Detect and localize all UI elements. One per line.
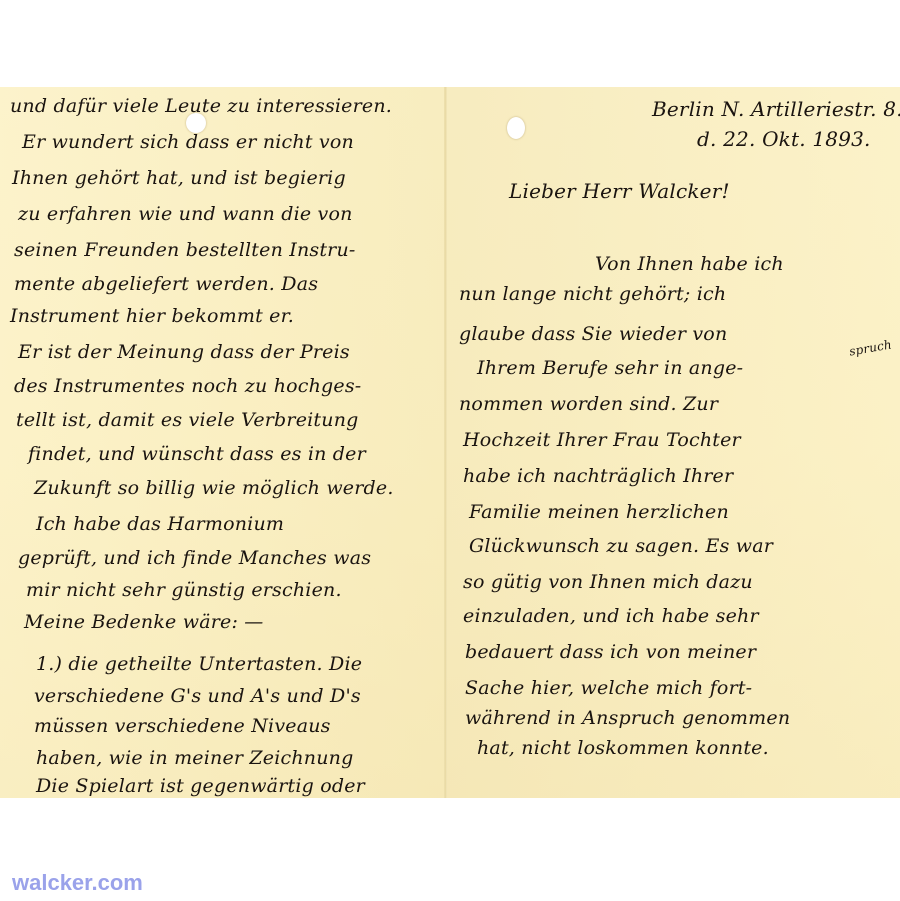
- punch-hole: [507, 117, 525, 139]
- letter-date: d. 22. Okt. 1893.: [697, 127, 871, 151]
- punch-hole: [186, 113, 206, 133]
- letter-line: Er wundert sich dass er nicht von: [22, 131, 354, 153]
- letter-line: verschiedene G's und A's und D's: [34, 685, 361, 707]
- letter-line: zu erfahren wie und wann die von: [18, 203, 353, 225]
- watermark-walcker: walcker.com: [12, 870, 143, 896]
- letter-line: Familie meinen herzlichen: [469, 501, 729, 523]
- letter-line: 1.) die getheilte Untertasten. Die: [36, 653, 362, 675]
- letter-line: nommen worden sind. Zur: [459, 393, 718, 415]
- letter-line: hat, nicht loskommen konnte.: [477, 737, 769, 759]
- handwritten-letter: und dafür viele Leute zu interessieren. …: [0, 87, 900, 798]
- letter-line: findet, und wünscht dass es in der: [28, 443, 366, 465]
- letter-line: Ihrem Berufe sehr in ange-: [477, 357, 743, 379]
- letter-salutation: Lieber Herr Walcker!: [509, 179, 730, 203]
- letter-right-page: Berlin N. Artilleriestr. 8. d. 22. Okt. …: [447, 87, 900, 798]
- letter-line: haben, wie in meiner Zeichnung: [36, 747, 353, 769]
- letter-line: Hochzeit Ihrer Frau Tochter: [463, 429, 741, 451]
- letter-line: während in Anspruch genommen: [465, 707, 790, 729]
- letter-line: mente abgeliefert werden. Das: [14, 273, 318, 295]
- letter-line: geprüft, und ich finde Manches was: [18, 547, 371, 569]
- letter-line: Meine Bedenke wäre: —: [24, 611, 264, 633]
- letter-line: Er ist der Meinung dass der Preis: [18, 341, 350, 363]
- letter-line: Zukunft so billig wie möglich werde.: [34, 477, 394, 499]
- letter-line: Glückwunsch zu sagen. Es war: [469, 535, 773, 557]
- letter-line: habe ich nachträglich Ihrer: [463, 465, 733, 487]
- letter-line: Ihnen gehört hat, und ist begierig: [12, 167, 346, 189]
- letter-line: mir nicht sehr günstig erschien.: [26, 579, 342, 601]
- letter-line: glaube dass Sie wieder von: [459, 323, 727, 345]
- letter-line: des Instrumentes noch zu hochges-: [14, 375, 361, 397]
- letter-margin-note: spruch: [848, 337, 893, 358]
- letter-line: Sache hier, welche mich fort-: [465, 677, 752, 699]
- letter-line: Ich habe das Harmonium: [36, 513, 284, 535]
- letter-line: einzuladen, und ich habe sehr: [463, 605, 759, 627]
- letter-line: Von Ihnen habe ich: [595, 253, 784, 275]
- letter-line: seinen Freunden bestellten Instru-: [14, 239, 356, 261]
- letter-address: Berlin N. Artilleriestr. 8.: [652, 97, 900, 121]
- letter-line: Instrument hier bekommt er.: [10, 305, 294, 327]
- letter-line: müssen verschiedene Niveaus: [34, 715, 331, 737]
- letter-line: so gütig von Ihnen mich dazu: [463, 571, 753, 593]
- letter-line: bedauert dass ich von meiner: [465, 641, 756, 663]
- letter-line: Die Spielart ist gegenwärtig oder: [36, 775, 365, 797]
- letter-left-page: und dafür viele Leute zu interessieren. …: [0, 87, 445, 798]
- letter-line: tellt ist, damit es viele Verbreitung: [16, 409, 359, 431]
- letter-line: nun lange nicht gehört; ich: [459, 283, 726, 305]
